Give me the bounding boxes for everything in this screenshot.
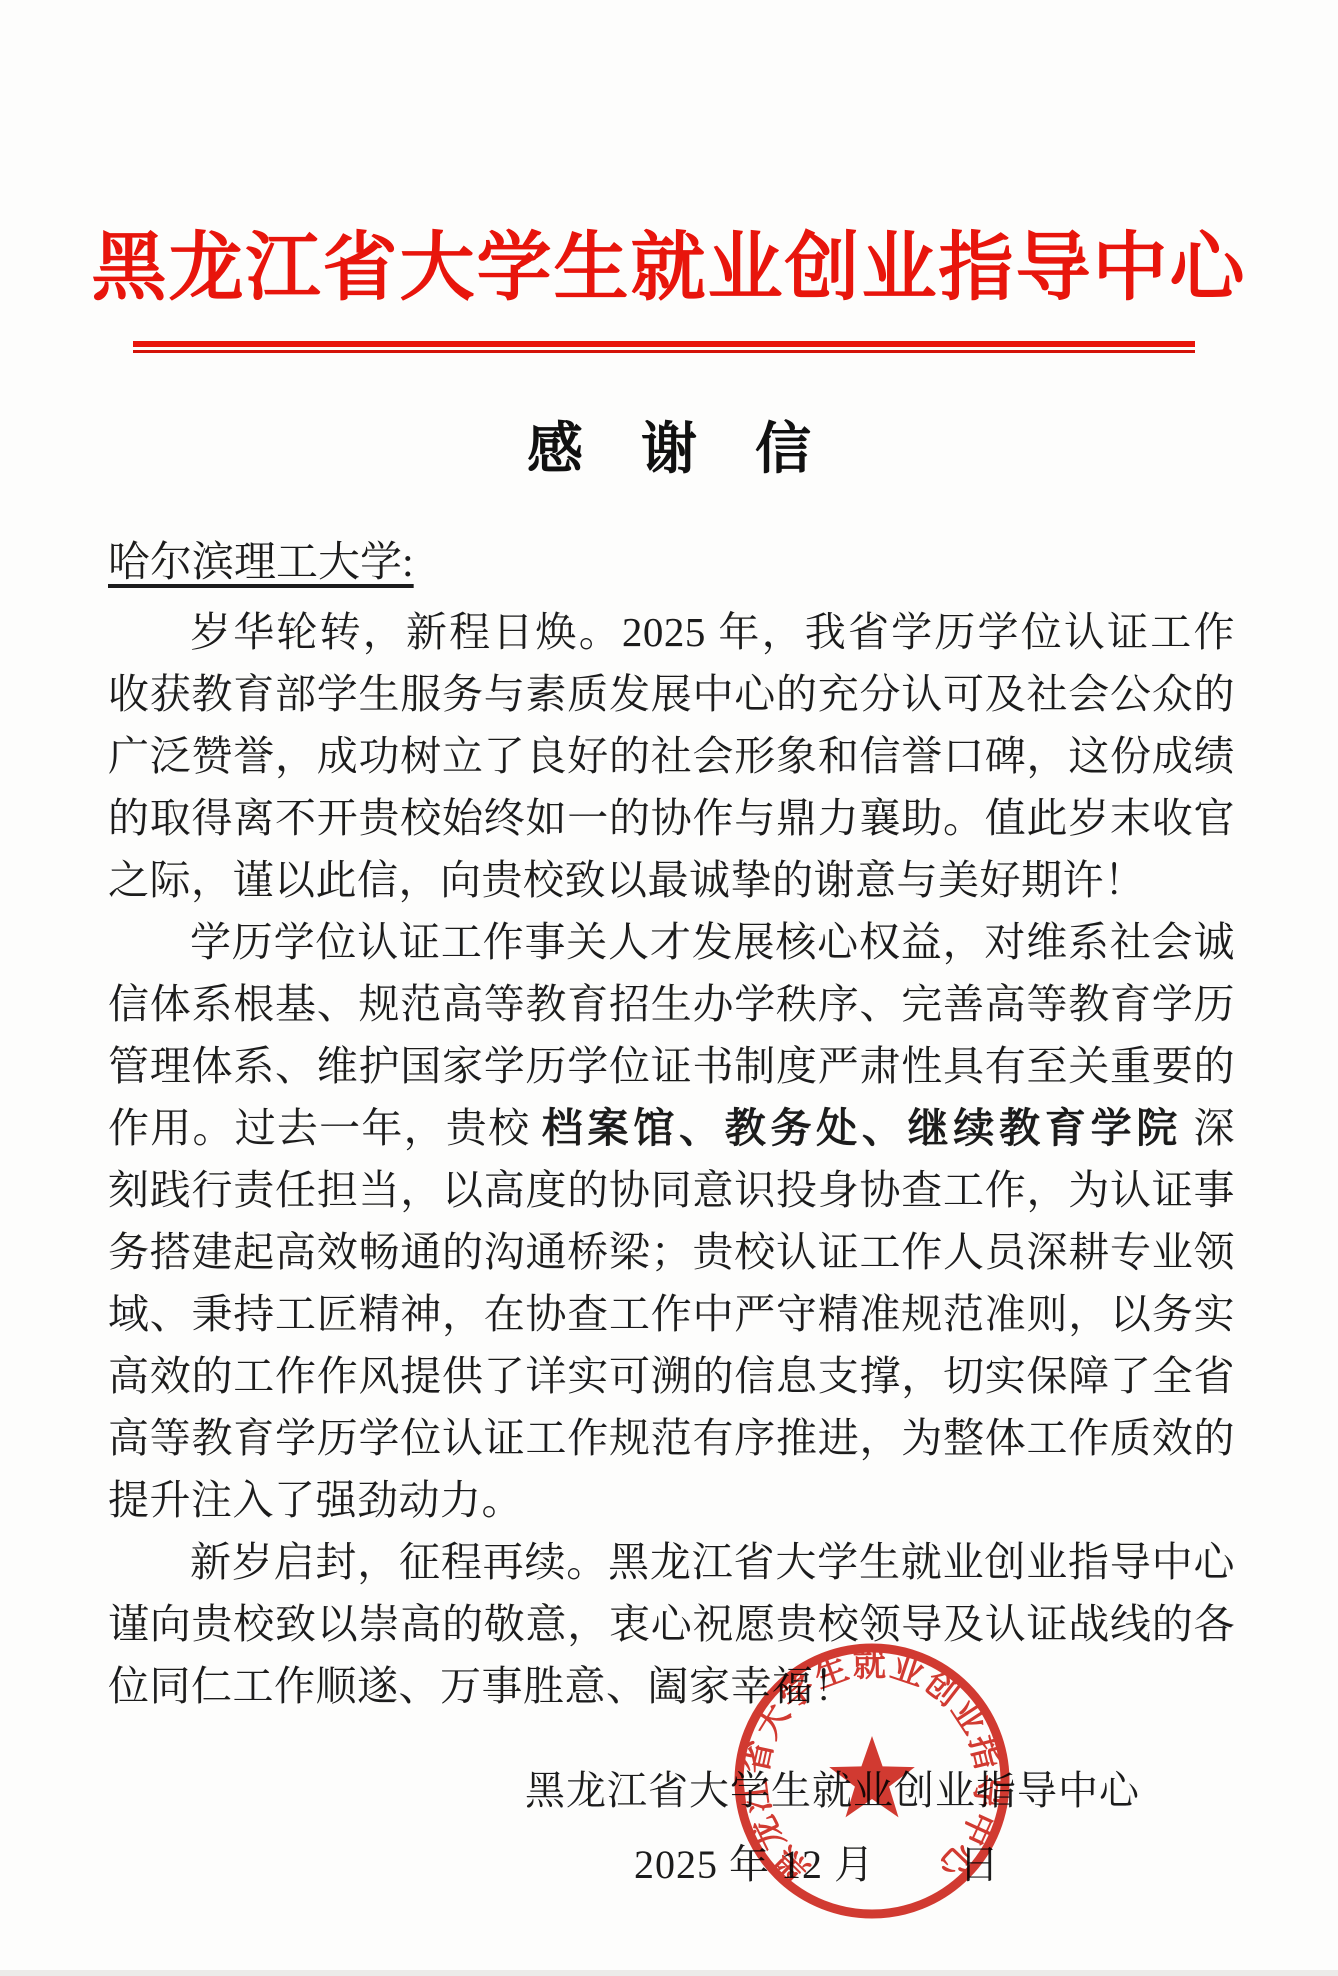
letter-page: 黑龙江省大学生就业创业指导中心 感 谢 信 哈尔滨理工大学: 岁华轮转，新程日焕…	[0, 0, 1338, 1976]
paragraph-text: 新岁启封，征程再续。黑龙江省大学生就业创业指导中心谨向贵校致以崇高的敬意，衷心祝…	[108, 1539, 1235, 1709]
letterhead-double-rule	[133, 341, 1195, 353]
paragraph-text: 岁华轮转，新程日焕。2025 年，我省学历学位认证工作收获教育部学生服务与素质发…	[108, 609, 1235, 903]
letterhead-org-title: 黑龙江省大学生就业创业指导中心	[0, 228, 1338, 311]
department-names-emphasis: 档案馆、教务处、继续教育学院	[542, 1105, 1182, 1151]
body-paragraph: 学历学位认证工作事关人才发展核心权益，对维系社会诚信体系根基、规范高等教育招生办…	[108, 911, 1235, 1531]
signature-date: 2025 年 12 月日	[0, 1835, 1338, 1895]
paragraph-text: 深刻践行责任担当，以高度的协同意识投身协查工作，为认证事务搭建起高效畅通的沟通桥…	[108, 1105, 1235, 1523]
letter-title: 感 谢 信	[0, 405, 1338, 485]
body-paragraph: 岁华轮转，新程日焕。2025 年，我省学历学位认证工作收获教育部学生服务与素质发…	[108, 601, 1235, 911]
salutation: 哈尔滨理工大学:	[108, 533, 414, 593]
body-paragraph: 新岁启封，征程再续。黑龙江省大学生就业创业指导中心谨向贵校致以崇高的敬意，衷心祝…	[108, 1531, 1235, 1717]
signature-org-name: 黑龙江省大学生就业创业指导中心	[0, 1761, 1338, 1821]
signature-block: 黑龙江省大学生就业创业指导中心 2025 年 12 月日	[0, 1761, 1338, 1895]
signature-date-prefix: 2025 年 12 月	[634, 1842, 875, 1887]
signature-date-suffix: 日	[959, 1842, 1000, 1887]
letter-body: 岁华轮转，新程日焕。2025 年，我省学历学位认证工作收获教育部学生服务与素质发…	[108, 601, 1235, 1717]
